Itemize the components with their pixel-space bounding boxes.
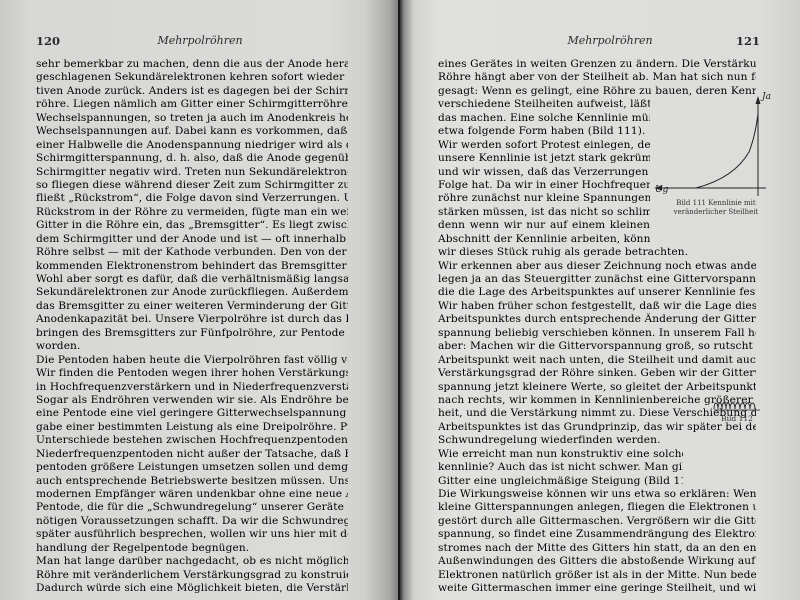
text-line: kommenden Elektronenstrom behindert das … [36, 260, 348, 273]
text-line: Niederfrequenzpentoden nicht außer der T… [36, 448, 348, 461]
running-title-left: Mehrpolröhren [150, 33, 250, 49]
text-line: Röhre hängt aber von der Steilheit ab. M… [438, 71, 756, 84]
page-number: 120 [36, 34, 60, 48]
text-line: Wir werden sofort Protest einlegen, denn [438, 139, 650, 152]
text-line: tiven Anode zurück. Anders ist es dagege… [36, 85, 348, 98]
text-line: Rückstrom in der Röhre zu vermeiden, füg… [36, 206, 348, 219]
text-line: etwa folgende Form haben (Bild 111). [438, 125, 650, 138]
text-line: und wir wissen, daß das Verzerrungen zur [438, 166, 650, 179]
text-line: Wohl aber sorgt es dafür, daß die verhäl… [36, 273, 348, 286]
text-line: verschiedene Steilheiten aufweist, läßt … [438, 98, 650, 111]
text-line: spannung, so findet eine Zusammendrängun… [438, 528, 756, 541]
text-line: handlung der Regelpentode begnügen. [36, 542, 348, 555]
text-line: weite Gittermaschen immer eine geringe S… [438, 582, 756, 595]
page-number-left: 120 [36, 33, 60, 49]
text-line: denn wenn wir nur auf einem kleinen [438, 219, 650, 232]
text-line: worden. [36, 340, 348, 353]
text-line: röhre. Liegen nämlich am Gitter einer Sc… [36, 98, 348, 111]
text-line: gestört durch alle Gittermaschen. Vergrö… [438, 515, 756, 528]
text-line: das Bremsgitter zu einer weiteren Vermin… [36, 300, 348, 313]
figure-112-caption: Bild 112 [712, 414, 762, 423]
text-line: Wechselspannungen auf. Dabei kann es vor… [36, 125, 348, 138]
text-line: legen ja an das Steuergitter zunächst ei… [438, 273, 756, 286]
text-line: Elektronen natürlich größer ist als in d… [438, 569, 756, 582]
text-line: das machen. Eine solche Kennlinie müßte [438, 112, 650, 125]
text-line: nötigen Voraussetzungen schafft. Da wir … [36, 515, 348, 528]
text-line: eine Pentode eine viel geringere Gitterw… [36, 407, 348, 420]
text-line: Schirmgitterspannung, d. h. also, daß di… [36, 152, 348, 165]
text-line: nach rechts, wir kommen in Kennlinienber… [438, 394, 756, 407]
text-line: in Hochfrequenzverstärkern und in Nieder… [36, 381, 348, 394]
text-line: so fliegen diese während dieser Zeit zum… [36, 179, 348, 192]
figure-111-characteristic-curve [654, 92, 774, 212]
text-line: unsere Kennlinie ist jetzt stark gekrümm… [438, 152, 650, 165]
text-line: bringen des Bremsgitters zur Fünfpolröhr… [36, 327, 348, 340]
text-line: später ausführlich besprechen, wollen wi… [36, 528, 348, 541]
text-line: Dadurch würde sich eine Möglichkeit biet… [36, 582, 348, 595]
text-line: Schwundregelung wiederfinden werden. [438, 434, 756, 447]
text-line: Sogar als Endröhren verwenden wir sie. A… [36, 394, 348, 407]
text-line: Außenwindungen des Gitters die abstoßend… [438, 555, 756, 568]
text-line: kennlinie? Auch das ist nicht schwer. Ma… [438, 461, 683, 474]
text-line: Sekundärelektronen zur Anode zurückflieg… [36, 286, 348, 299]
text-line: pentoden größere Leistungen umsetzen sol… [36, 461, 348, 474]
left-page-body-text: sehr bemerkbar zu machen, denn die aus d… [36, 58, 348, 596]
text-line: Anodenkapazität bei. Unsere Vierpolröhre… [36, 313, 348, 326]
text-line: kleine Gitterspannungen anlegen, fliegen… [438, 501, 756, 514]
text-line: eines Gerätes in weiten Grenzen zu änder… [438, 58, 756, 71]
text-line: gabe einer bestimmten Leistung als eine … [36, 421, 348, 434]
text-line: Arbeitspunktes durch entsprechende Änder… [438, 313, 756, 326]
text-line: Wir erkennen aber aus dieser Zeichnung n… [438, 260, 756, 273]
text-line: fließt „Rückstrom“, die Folge davon sind… [36, 192, 348, 205]
page-number: 121 [736, 34, 760, 48]
book-spread: 120 Mehrpolröhren Mehrpolröhren 121 sehr… [0, 0, 800, 600]
text-line: die die Lage des Arbeitspunktes auf unse… [438, 286, 756, 299]
text-line: Die Pentoden haben heute die Vierpolröhr… [36, 354, 348, 367]
text-line: wir dieses Stück ruhig als gerade betrac… [438, 246, 756, 259]
text-line: geschlagenen Sekundärelektronen kehren s… [36, 71, 348, 84]
text-line: auch entsprechende Betriebswerte besitze… [36, 475, 348, 488]
text-line: Gitter eine ungleichmäßige Steigung (Bil… [438, 475, 683, 488]
text-line: Wir haben früher schon festgestellt, daß… [438, 300, 756, 313]
caption-line: veränderlicher Steilheit [656, 208, 776, 217]
text-line: Röhre selbst — mit der Kathode verbunden… [36, 246, 348, 259]
text-line: Pentode, die für die „Schwundregelung“ u… [36, 501, 348, 514]
text-line: stärken müssen, ist das nicht so schlimm… [438, 206, 650, 219]
text-line: Arbeitspunkt weit nach unten, die Steilh… [438, 354, 756, 367]
text-line: einer Halbwelle die Anodenspannung niedr… [36, 139, 348, 152]
text-line: sehr bemerkbar zu machen, denn die aus d… [36, 58, 348, 71]
caption-line: Bild 111 Kennlinie mit [656, 199, 776, 208]
text-line: Arbeitspunktes ist das Grundprinzip, das… [438, 421, 756, 434]
figure-111-caption: Bild 111 Kennlinie mit veränderlicher St… [656, 199, 776, 217]
text-line: modernen Empfänger wären undenkbar ohne … [36, 488, 348, 501]
figure-111-y-axis-label: Ja [762, 92, 771, 102]
text-line: stromes nach der Mitte des Gitters hin s… [438, 542, 756, 555]
text-line: heit, und die Verstärkung nimmt zu. Dies… [438, 407, 756, 420]
page-number-right: 121 [736, 33, 756, 49]
figure-111-x-axis-label: Ug [655, 185, 668, 195]
text-line: Man hat lange darüber nachgedacht, ob es… [36, 555, 348, 568]
text-line: Wie erreicht man nun konstruktiv eine so… [438, 448, 683, 461]
text-line: Röhre mit veränderlichem Verstärkungsgra… [36, 569, 348, 582]
text-line: Die Wirkungsweise können wir uns etwa so… [438, 488, 756, 501]
text-line: dem Schirmgitter und der Anode und ist —… [36, 233, 348, 246]
text-line: aber: Machen wir die Gittervorspannung g… [438, 340, 756, 353]
text-line: Wechselspannungen, so treten ja auch im … [36, 112, 348, 125]
text-line: Gitter in die Röhre ein, das „Bremsgitte… [36, 219, 348, 232]
text-line: röhre zunächst nur kleine Spannungen ver… [438, 192, 650, 205]
text-line: Unterschiede bestehen zwischen Hochfrequ… [36, 434, 348, 447]
text-line: Folge hat. Da wir in einer Hochfrequenz- [438, 179, 650, 192]
text-line: Verstärkungsgrad der Röhre sinken. Geben… [438, 367, 756, 380]
running-title-right: Mehrpolröhren [560, 33, 660, 49]
figure-112-grid-coil [712, 398, 762, 412]
text-line: Abschnitt der Kennlinie arbeiten, können [438, 233, 650, 246]
text-line: spannung jetzt kleinere Werte, so gleite… [438, 381, 756, 394]
text-line: Wir finden die Pentoden wegen ihrer hohe… [36, 367, 348, 380]
text-line: Schirmgitter negativ wird. Treten nun Se… [36, 166, 348, 179]
text-line: spannung beliebig verschieben können. In… [438, 327, 756, 340]
